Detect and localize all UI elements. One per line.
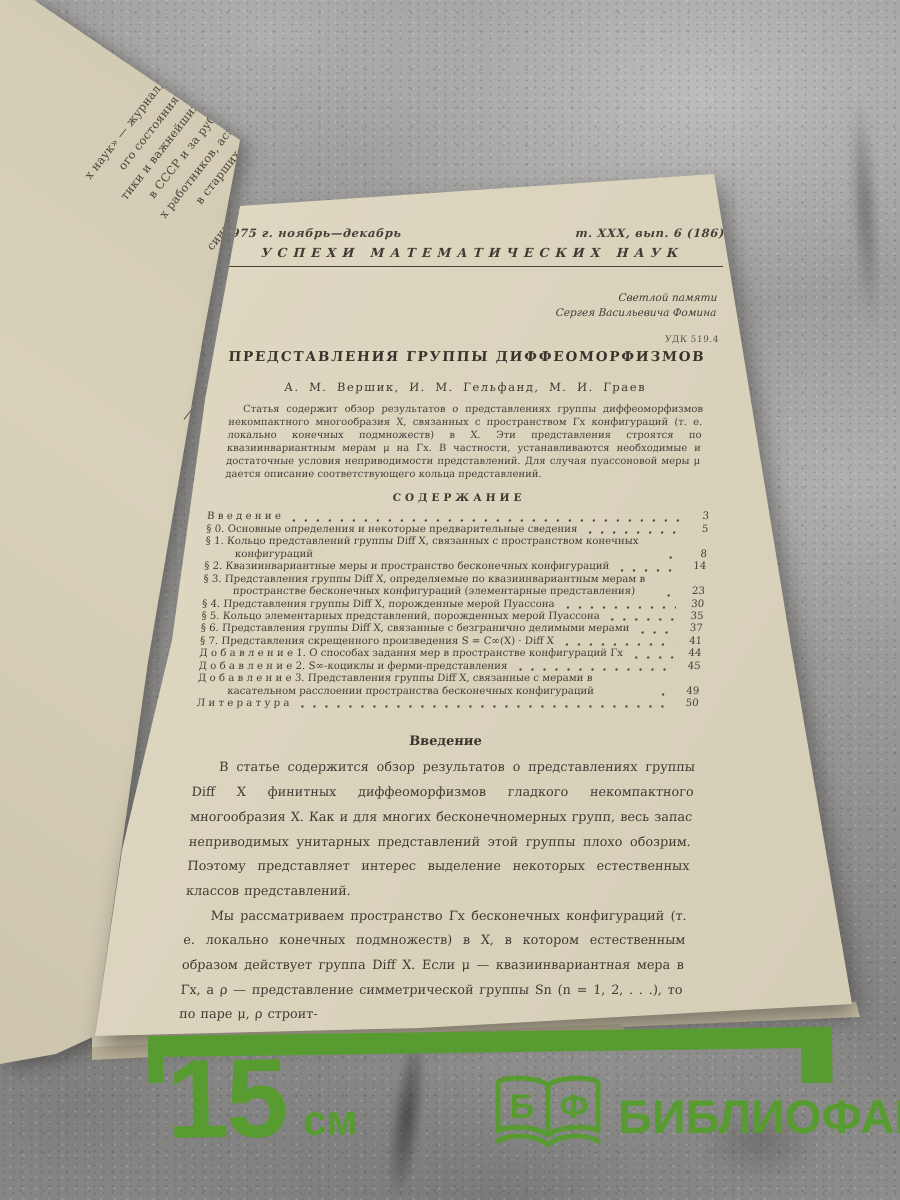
article-authors: А. М. Вершик, И. М. Гельфанд, М. И. Грае…	[214, 380, 717, 394]
toc-entry-label: § 6. Представления группы Diff X, связан…	[200, 623, 629, 635]
toc-entry: Д о б а в л е н и е 3. Представления гру…	[197, 673, 700, 698]
toc-entry-page: 14	[682, 561, 707, 573]
journal-header-row: 1975 г. ноябрь—декабрь т. XXX, вып. 6 (1…	[223, 226, 726, 240]
toc-entry-label: § 3. Представления группы Diff X, опреде…	[202, 574, 656, 599]
photo-scene: х наук» — журнал, посвя- ого состояния н…	[0, 0, 900, 1200]
toc-entry-page: 45	[676, 661, 701, 673]
toc-dot-leader	[288, 519, 681, 522]
toc-entry-label: § 5. Кольцо элементарных представлений, …	[201, 611, 600, 623]
toc-entry: § 6. Представления группы Diff X, связан…	[200, 623, 703, 635]
volume-issue: т. XXX, вып. 6 (186)	[575, 226, 725, 240]
toc-dot-leader	[665, 556, 679, 559]
bibliofan-logo-text: БИБЛИОФАН	[618, 1093, 900, 1140]
toc-entry: Д о б а в л е н и е 1. О способах задани…	[199, 648, 702, 660]
toc-entry: § 2. Квазиинвариантные меры и пространст…	[204, 561, 707, 573]
toc-entry-page: 5	[684, 524, 709, 536]
toc-entry-label: § 7. Представления скрещенного произведе…	[200, 636, 555, 648]
toc-entry: § 5. Кольцо элементарных представлений, …	[201, 611, 704, 623]
toc-entry: § 1. Кольцо представлений группы Diff X,…	[205, 536, 708, 561]
toc-entry-label: Л и т е р а т у р а	[196, 698, 290, 710]
toc-entry-page: 37	[678, 623, 703, 635]
right-book-page: 1975 г. ноябрь—декабрь т. XXX, вып. 6 (1…	[0, 0, 900, 1200]
toc-dot-leader	[561, 606, 676, 609]
toc-dot-leader	[514, 668, 672, 671]
toc-entry-label: В в е д е н и е	[207, 511, 282, 523]
toc-entry-label: § 1. Кольцо представлений группы Diff X,…	[205, 536, 659, 561]
toc-entry-page: 35	[679, 611, 704, 623]
dedication-line: Светлой памяти	[219, 291, 718, 306]
toc-entry-label: § 0. Основные определения и некоторые пр…	[206, 524, 578, 536]
toc-dot-leader	[607, 618, 676, 621]
toc-entry-page: 44	[677, 648, 702, 660]
toc-entry-label: Д о б а в л е н и е 1. О способах задани…	[199, 648, 623, 660]
dedication-line: Сергея Васильевича Фомина	[218, 306, 717, 321]
table-of-contents: В в е д е н и е 3 § 0. Основные определе…	[196, 511, 709, 710]
toc-dot-leader	[584, 531, 680, 534]
toc-dot-leader	[657, 693, 671, 696]
toc-entry: § 4. Представления группы Diff X, порожд…	[202, 599, 705, 611]
toc-entry-page: 8	[683, 549, 708, 561]
introduction-paragraph: В статье содержится обзор результатов о …	[185, 756, 695, 904]
bibliofan-watermark: Б Ф БИБЛИОФАН	[492, 1064, 900, 1168]
toc-entry: § 0. Основные определения и некоторые пр…	[206, 524, 709, 536]
udk-code: УДК 519.4	[217, 335, 720, 345]
toc-entry-page: 49	[675, 686, 700, 698]
toc-entry: В в е д е н и е 3	[207, 511, 710, 523]
introduction-heading: Введение	[194, 734, 697, 749]
toc-entry-page: 3	[685, 511, 710, 523]
toc-entry-page: 30	[680, 599, 705, 611]
introduction-paragraph: Мы рассматриваем пространство Γx бесконе…	[178, 905, 687, 1028]
toc-dot-leader	[636, 631, 675, 634]
toc-dot-leader	[663, 594, 677, 597]
article-title: ПРЕДСТАВЛЕНИЯ ГРУППЫ ДИФФЕОМОРФИЗМОВ	[215, 349, 718, 365]
toc-entry: § 7. Представления скрещенного произведе…	[200, 636, 703, 648]
ruler-left-tick	[148, 1056, 163, 1083]
toc-entry: Л и т е р а т у р а 50	[196, 698, 699, 710]
ruler-length-unit: см	[303, 1099, 358, 1142]
toc-entry-label: § 4. Представления группы Diff X, порожд…	[202, 599, 555, 611]
svg-text:Ф: Ф	[559, 1088, 588, 1126]
open-book-icon: Б Ф	[492, 1064, 604, 1168]
issue-date: 1975 г. ноябрь—декабрь	[223, 226, 403, 240]
journal-title: УСПЕХИ МАТЕМАТИЧЕСКИХ НАУК	[221, 245, 724, 267]
ruler-length-value: 15	[166, 1042, 286, 1156]
toc-dot-leader	[561, 643, 674, 646]
article-abstract: Статья содержит обзор результатов о пред…	[209, 403, 715, 481]
toc-entry: Д о б а в л е н и е 2. S∞-коциклы и ферм…	[198, 661, 701, 673]
toc-dot-leader	[296, 705, 670, 708]
toc-entry-label: Д о б а в л е н и е 2. S∞-коциклы и ферм…	[198, 661, 507, 673]
dedication: Светлой памяти Сергея Васильевича Фомина	[218, 291, 722, 321]
toc-dot-leader	[616, 569, 678, 572]
toc-entry-label: Д о б а в л е н и е 3. Представления гру…	[197, 673, 651, 698]
toc-entry-label: § 2. Квазиинвариантные меры и пространст…	[204, 561, 610, 573]
contents-heading: СОДЕРЖАНИЕ	[208, 492, 711, 504]
article-page-content: 1975 г. ноябрь—декабрь т. XXX, вып. 6 (1…	[178, 196, 727, 1036]
toc-entry-page: 50	[674, 698, 699, 710]
toc-entry-page: 41	[678, 636, 703, 648]
right-page-shadow-wrap: 1975 г. ноябрь—декабрь т. XXX, вып. 6 (1…	[0, 0, 900, 1200]
svg-text:Б: Б	[510, 1088, 534, 1126]
toc-entry-page: 23	[680, 586, 705, 598]
toc-entry: § 3. Представления группы Diff X, опреде…	[202, 574, 705, 599]
toc-dot-leader	[630, 656, 674, 659]
